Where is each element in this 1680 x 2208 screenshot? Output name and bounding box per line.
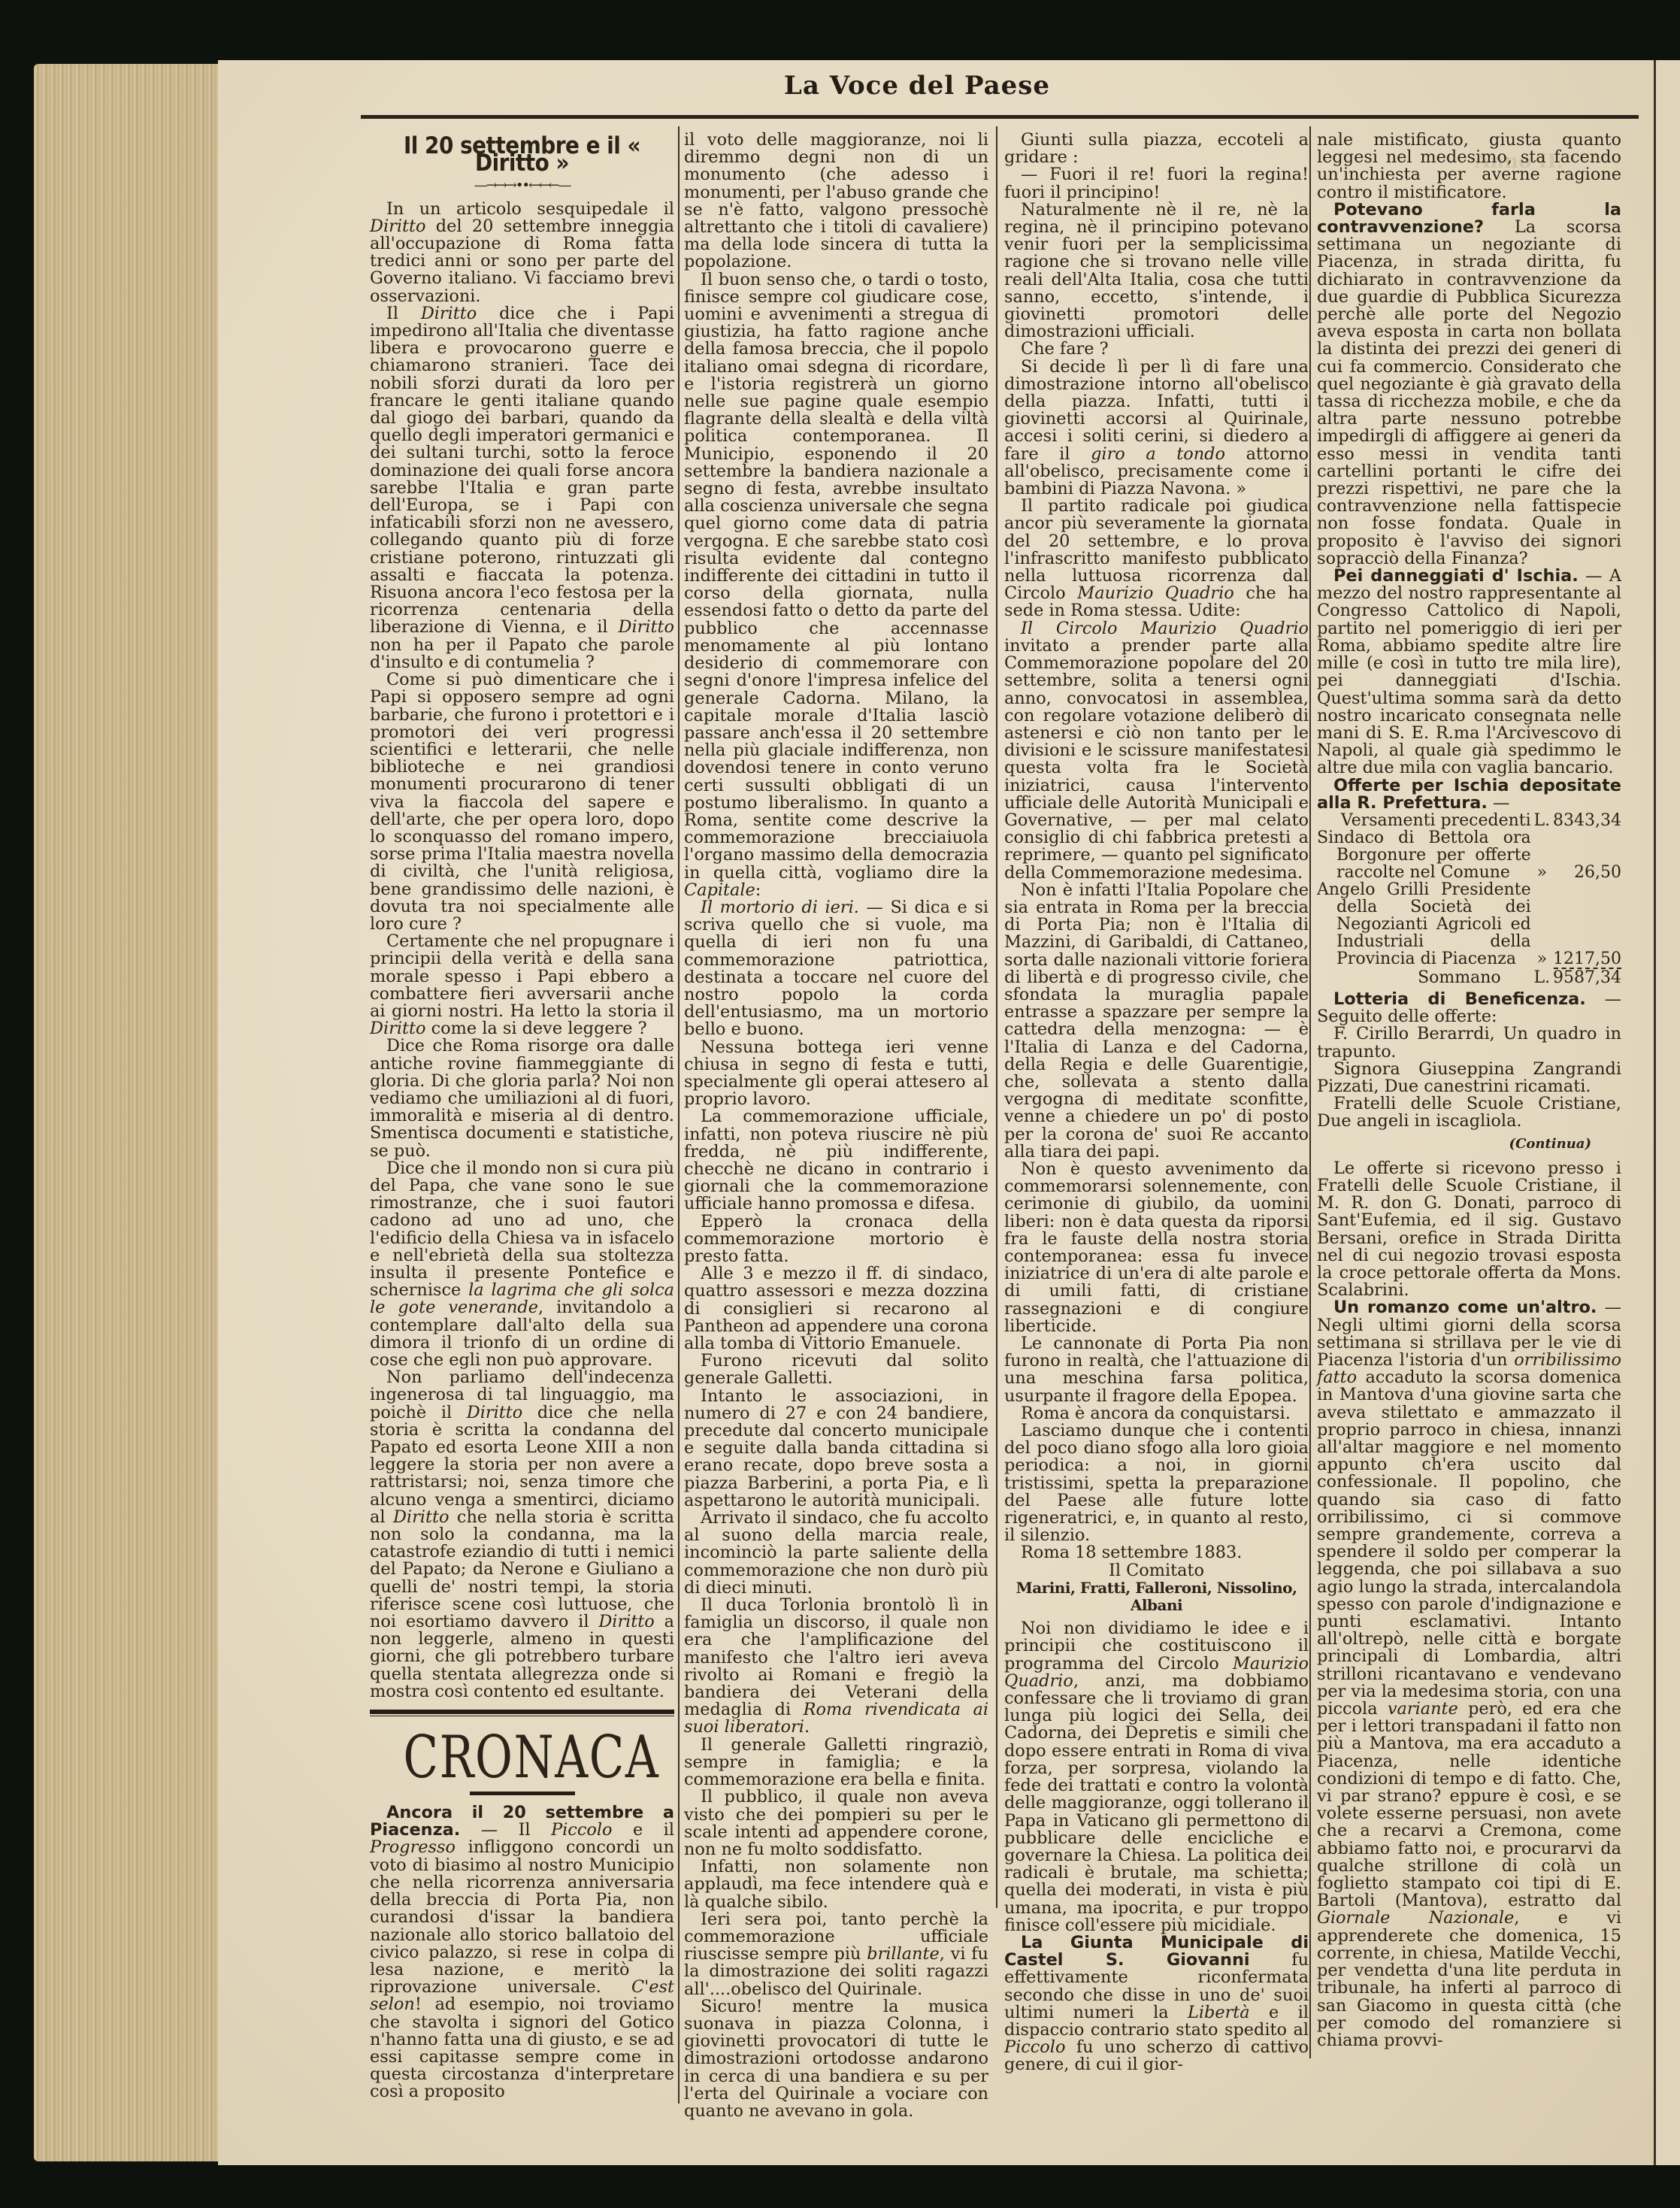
paragraph: Non parliamo dell'indecenza ingenerosa d…	[370, 1369, 674, 1701]
column-divider	[1309, 126, 1311, 2058]
paragraph: Lasciamo dunque che i contenti del poco …	[1004, 1422, 1309, 1544]
book-page-edges	[34, 64, 222, 2161]
paragraph: Noi non dividiamo le idee e i principii …	[1004, 1620, 1309, 1934]
ledger-row: Angelo Grilli Presidente della Società d…	[1317, 881, 1621, 968]
paragraph: Giunti sulla piazza, eccoteli a gridare …	[1004, 132, 1309, 166]
column-4: nale mistificato, giusta quanto leggesi …	[1317, 132, 1621, 2049]
paragraph: Certamente che nel propugnare i principi…	[370, 933, 674, 1037]
column-4-lottery: Lotteria di Beneficenza. — Seguito delle…	[1317, 991, 1621, 1131]
paragraph: Fratelli delle Scuole Cristiane, Due ang…	[1317, 1095, 1621, 1130]
paragraph: Il Diritto dice che i Papi impedirono al…	[370, 305, 674, 671]
masthead-title: La Voce del Paese	[654, 71, 1180, 101]
paragraph: Pei danneggiati d' Ischia. — A mezzo del…	[1317, 568, 1621, 777]
continua-note: (Continua)	[1317, 1135, 1621, 1152]
column-2-body: il voto delle maggioranze, noi li diremm…	[684, 132, 988, 2120]
paragraph: Roma è ancora da conquistarsi.	[1004, 1405, 1309, 1422]
paragraph: il voto delle maggioranze, noi li diremm…	[684, 132, 988, 271]
paragraph: Non è questo avvenimento da commemorarsi…	[1004, 1161, 1309, 1335]
paragraph: Il mortorio di ieri. — Si dica e si scri…	[684, 899, 988, 1039]
column-1: Il 20 settembre e il « Diritto » —→→→••←…	[370, 132, 674, 2101]
paragraph: Come si può dimenticare che i Papi si op…	[370, 671, 674, 933]
paragraph: Potevano farla la contravvenzione? La sc…	[1317, 201, 1621, 568]
ledger-total-label: Sommano	[1317, 969, 1531, 986]
paragraph: In un articolo sesquipedale il Diritto d…	[370, 201, 674, 305]
paragraph: Ieri sera poi, tanto perchè la commemora…	[684, 1911, 988, 1998]
paragraph: Lotteria di Beneficenza. — Seguito delle…	[1317, 991, 1621, 1025]
column-divider	[678, 126, 680, 2104]
paragraph: Il Circolo Maurizio Quadrio invitato a p…	[1004, 620, 1309, 882]
column-4-end: Le offerte si ricevono presso i Fratelli…	[1317, 1160, 1621, 2049]
ledger-total-amount: 9587,34	[1553, 969, 1621, 986]
paragraph: Non è infatti l'Italia Popolare che sia …	[1004, 882, 1309, 1161]
article-body: In un articolo sesquipedale il Diritto d…	[370, 201, 674, 1701]
cronaca-body: Ancora il 20 settembre a Piacenza. — Il …	[370, 1804, 674, 2100]
donation-ledger: Versamenti precedentiL.8343,34Sindaco di…	[1317, 812, 1621, 986]
paragraph: Signora Giuseppina Zangrandi Pizzati, Du…	[1317, 1061, 1621, 1095]
paragraph: Ancora il 20 settembre a Piacenza. — Il …	[370, 1804, 674, 2100]
committee-label: Il Comitato	[1004, 1562, 1309, 1580]
paragraph: Il buon senso che, o tardi o tosto, fini…	[684, 271, 988, 899]
paragraph: Alle 3 e mezzo il ff. di sindaco, quattr…	[684, 1265, 988, 1352]
section-rule	[370, 1710, 674, 1714]
column-3-body: Giunti sulla piazza, eccoteli a gridare …	[1004, 132, 1309, 1544]
paragraph: — Fuori il re! fuori la regina! fuori il…	[1004, 166, 1309, 201]
section-title-cronaca: CRONACA	[404, 1725, 641, 1790]
paragraph: Le offerte si ricevono presso i Fratelli…	[1317, 1160, 1621, 1300]
paragraph: La commemorazione ufficiale, infatti, no…	[684, 1108, 988, 1213]
paragraph: Il partito radicale poi giudica ancor pi…	[1004, 498, 1309, 619]
column-3-after: Noi non dividiamo le idee e i principii …	[1004, 1620, 1309, 2073]
paragraph: Naturalmente nè il re, nè la regina, nè …	[1004, 201, 1309, 341]
paragraph: Che fare ?	[1004, 341, 1309, 358]
header-rule	[361, 115, 1639, 119]
ledger-total-row: Sommano L. 9587,34	[1317, 969, 1621, 986]
paragraph: Dice che il mondo non si cura più del Pa…	[370, 1160, 674, 1369]
next-page-edge	[1654, 60, 1680, 2165]
paragraph: Nessuna bottega ieri venne chiusa in seg…	[684, 1039, 988, 1109]
paragraph: Intanto le associazioni, in numero di 27…	[684, 1388, 988, 1510]
paragraph: Le cannonate di Porta Pia non furono in …	[1004, 1335, 1309, 1405]
paragraph: F. Cirillo Berarrdi, Un quadro in trapun…	[1317, 1025, 1621, 1060]
dateline: Roma 18 settembre 1883.	[1004, 1544, 1309, 1561]
paragraph: Un romanzo come un'altro. — Negli ultimi…	[1317, 1299, 1621, 2049]
column-divider	[996, 126, 997, 1908]
column-4-top: nale mistificato, giusta quanto leggesi …	[1317, 132, 1621, 812]
paragraph: Furono ricevuti dal solito generale Gall…	[684, 1352, 988, 1387]
paragraph: Il duca Torlonia brontolò lì in famiglia…	[684, 1597, 988, 1737]
ornament-divider: —→→→••←←←—	[370, 177, 674, 194]
column-3: Giunti sulla piazza, eccoteli a gridare …	[1004, 132, 1309, 2074]
column-2: il voto delle maggioranze, noi li diremm…	[684, 132, 988, 2120]
paragraph: Infatti, non solamente non applaudì, ma …	[684, 1858, 988, 1911]
paragraph: Arrivato il sindaco, che fu accolto al s…	[684, 1510, 988, 1597]
paragraph: Offerte per Ischia depositate alla R. Pr…	[1317, 777, 1621, 812]
paragraph: Epperò la cronaca della commemorazione m…	[684, 1213, 988, 1266]
ledger-row: Versamenti precedentiL.8343,34	[1317, 812, 1621, 829]
section-rule-thin	[370, 1716, 674, 1716]
paragraph: nale mistificato, giusta quanto leggesi …	[1317, 132, 1621, 201]
section-title-underline	[470, 1792, 575, 1795]
paragraph: Il generale Galletti ringraziò, sempre i…	[684, 1737, 988, 1789]
paragraph: La Giunta Municipale di Castel S. Giovan…	[1004, 1934, 1309, 2074]
article-title: Il 20 settembre e il « Diritto »	[370, 138, 674, 172]
paragraph: Dice che Roma risorge ora dalle antiche …	[370, 1037, 674, 1159]
ledger-row: Sindaco di Bettola ora Borgonure per off…	[1317, 829, 1621, 881]
signatories: Marini, Fratti, Falleroni, Nissolino, Al…	[1004, 1580, 1309, 1614]
paragraph: Il pubblico, il quale non aveva visto ch…	[684, 1789, 988, 1858]
paragraph: Si decide lì per lì di fare una dimostra…	[1004, 359, 1309, 498]
paragraph: Sicuro! mentre la musica suonava in piaz…	[684, 1998, 988, 2120]
